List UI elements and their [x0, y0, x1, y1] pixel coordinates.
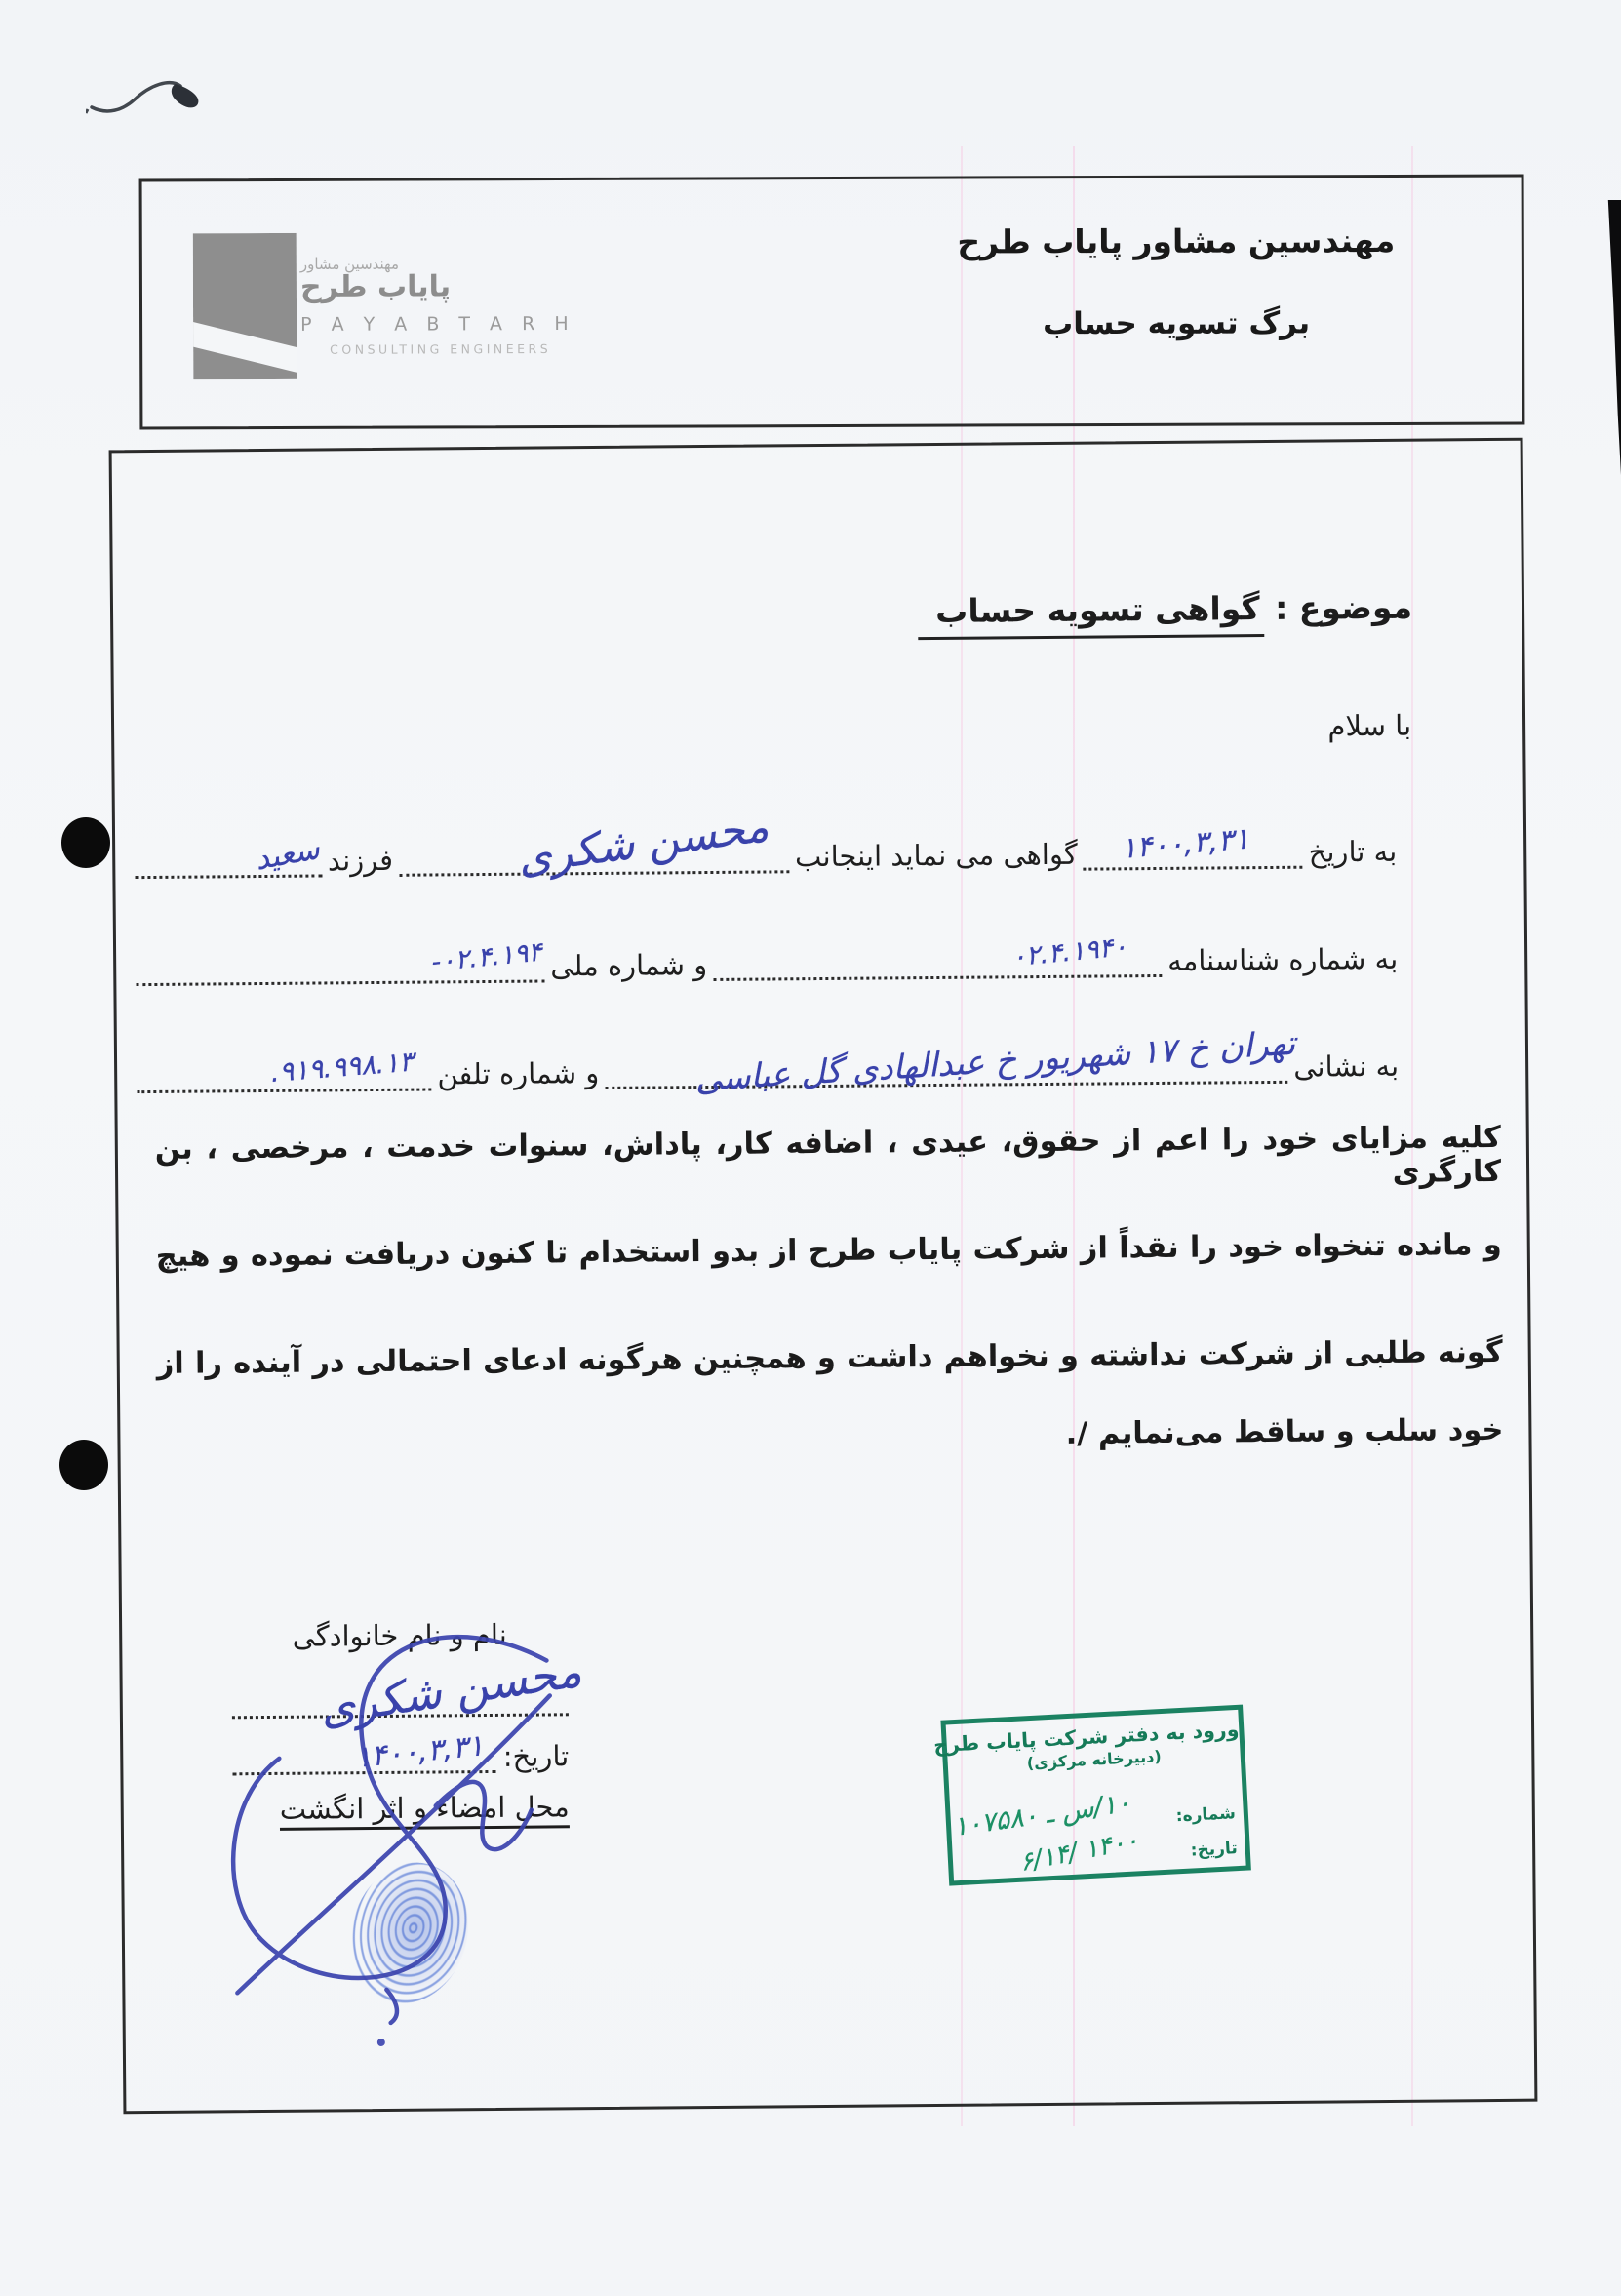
label-certifies: گواهی می نماید اینجانب [789, 838, 1084, 874]
subject-value: گواهی تسویه حساب [918, 589, 1264, 640]
handwritten-date: ۱۴۰۰,۳,۳۱ [1120, 822, 1250, 866]
dotted-field-address: تهران خ ۱۷ شهریور خ عبدالهادی گل عباسی [605, 1071, 1287, 1089]
letterhead-titles: مهندسین مشاور پایاب طرح برگ تسویه حساب [884, 221, 1469, 342]
handwritten-national-id: ۰۲.۴.۱۹۴- [430, 937, 543, 978]
label-address: به نشانی [1287, 1049, 1404, 1084]
hole-punch-bottom [59, 1440, 108, 1490]
logo-name-fa: پایاب طرح [300, 269, 544, 304]
handwritten-id-number: ۰۲.۴.۱۹۴۰ [1010, 931, 1128, 972]
label-father: فرزند [322, 844, 399, 878]
hole-punch-top [61, 817, 110, 868]
dotted-field-national-id: ۰۲.۴.۱۹۴- [136, 970, 544, 986]
logo-name-en: P A Y A B T A R H [300, 313, 544, 336]
letterhead-box: مهندسین مشاور پایاب طرح P A Y A B T A R … [139, 175, 1525, 430]
label-id-number: به شماره شناسنامه [1162, 942, 1404, 977]
dotted-field-id: ۰۲.۴.۱۹۴۰ [713, 965, 1162, 981]
paragraph-line-2: و مانده تنخواه خود را نقداً از شرکت پایا… [156, 1228, 1502, 1274]
signature-ink-strokes [132, 1600, 623, 2091]
scan-edge-shadow [1606, 200, 1621, 475]
stamp-date-label: تاریخ: [1190, 1839, 1238, 1860]
form-title: برگ تسویه حساب [884, 305, 1469, 342]
company-title: مهندسین مشاور پایاب طرح [884, 221, 1469, 261]
payabtarh-logo-icon [193, 233, 297, 379]
dotted-field-name: محسن شکری [399, 860, 789, 876]
handwritten-phone: ۹۱۹.۹۹۸.۱۳. [269, 1046, 415, 1089]
letter-body-box: موضوع : گواهی تسویه حساب با سلام به تاری… [109, 438, 1538, 2115]
label-national-id: و شماره ملی [544, 948, 713, 983]
scanned-settlement-letter: مهندسین مشاور پایاب طرح P A Y A B T A R … [0, 0, 1621, 2296]
salutation: با سلام [1327, 709, 1411, 743]
stamp-number-label: شماره: [1175, 1803, 1236, 1826]
dotted-field-date: ۱۴۰۰,۳,۳۱ [1084, 856, 1303, 871]
fill-line-id-numbers: به شماره شناسنامه ۰۲.۴.۱۹۴۰ و شماره ملی … [136, 930, 1404, 986]
fill-line-date-name: به تاریخ ۱۴۰۰,۳,۳۱ گواهی می نماید اینجان… [135, 823, 1403, 879]
pen-scribble-mark [86, 59, 232, 137]
paragraph-line-1: کلیه مزایای خود را اعم از حقوق، عیدی ، ا… [155, 1121, 1502, 1201]
paragraph-line-3: گونه طلبی از شرکت نداشته و نخواهم داشت و… [157, 1335, 1503, 1381]
handwritten-father-name: سعید [253, 831, 323, 878]
logo-subtitle-en: CONSULTING ENGINEERS [300, 341, 544, 357]
subject-label: موضوع : [1275, 588, 1412, 627]
subject-line: موضوع : گواهی تسویه حساب [918, 588, 1412, 630]
paragraph-line-4: خود سلب و ساقط می‌نمایم /. [157, 1413, 1526, 1459]
handwritten-name: محسن شکری [515, 802, 771, 884]
dotted-field-phone: ۹۱۹.۹۹۸.۱۳. [137, 1078, 431, 1093]
dotted-field-father: سعید [135, 864, 322, 879]
office-entry-stamp: ورود به دفتر شرکت پایاب طرح (دبیرخانه مر… [940, 1705, 1250, 1886]
stamp-handwritten-date: ۱۴۰۰ /۶/۱۴ [1017, 1826, 1141, 1878]
logo-text-block: مهندسین مشاور پایاب طرح P A Y A B T A R … [300, 255, 544, 357]
handwritten-address: تهران خ ۱۷ شهریور خ عبدالهادی گل عباسی [693, 1024, 1296, 1100]
label-date: به تاریخ [1303, 835, 1404, 869]
label-phone: و شماره تلفن [431, 1056, 605, 1091]
fill-line-address-phone: به نشانی تهران خ ۱۷ شهریور خ عبدالهادی گ… [137, 1038, 1404, 1093]
